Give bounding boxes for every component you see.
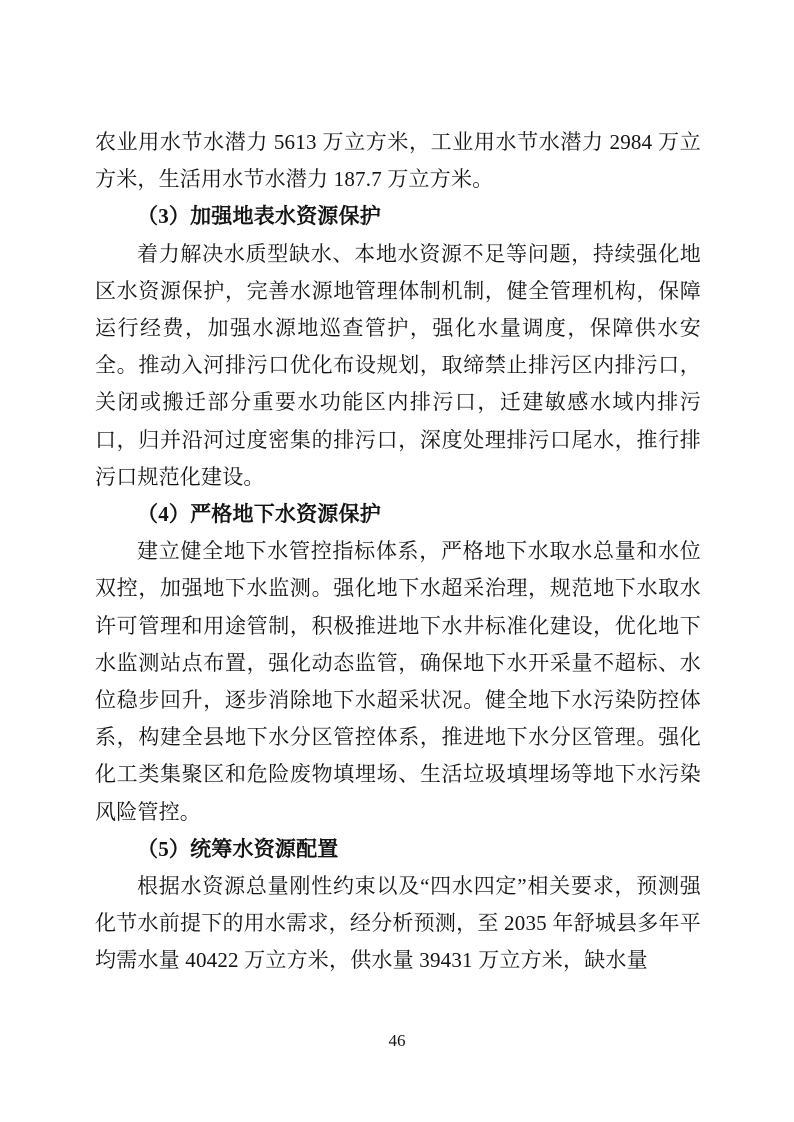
paragraph-water-resource-allocation: 根据水资源总量刚性约束以及“四水四定”相关要求，预测强化节水前提下的用水需求，经… bbox=[95, 868, 701, 980]
section-heading-3-surface-water-protection: （3）加强地表水资源保护 bbox=[95, 198, 701, 235]
document-body: 农业用水节水潜力 5613 万立方米，工业用水节水潜力 2984 万立方米，生活… bbox=[95, 124, 701, 980]
document-page: 农业用水节水潜力 5613 万立方米，工业用水节水潜力 2984 万立方米，生活… bbox=[0, 0, 794, 1122]
section-heading-4-groundwater-protection: （4）严格地下水资源保护 bbox=[95, 496, 701, 533]
paragraph-water-saving-potential: 农业用水节水潜力 5613 万立方米，工业用水节水潜力 2984 万立方米，生活… bbox=[95, 124, 701, 198]
paragraph-surface-water-protection: 着力解决水质型缺水、本地水资源不足等问题，持续强化地区水资源保护，完善水源地管理… bbox=[95, 236, 701, 496]
section-heading-5-water-resource-allocation: （5）统筹水资源配置 bbox=[95, 831, 701, 868]
page-number: 46 bbox=[0, 1031, 794, 1051]
paragraph-groundwater-protection: 建立健全地下水管控指标体系，严格地下水取水总量和水位双控，加强地下水监测。强化地… bbox=[95, 533, 701, 831]
